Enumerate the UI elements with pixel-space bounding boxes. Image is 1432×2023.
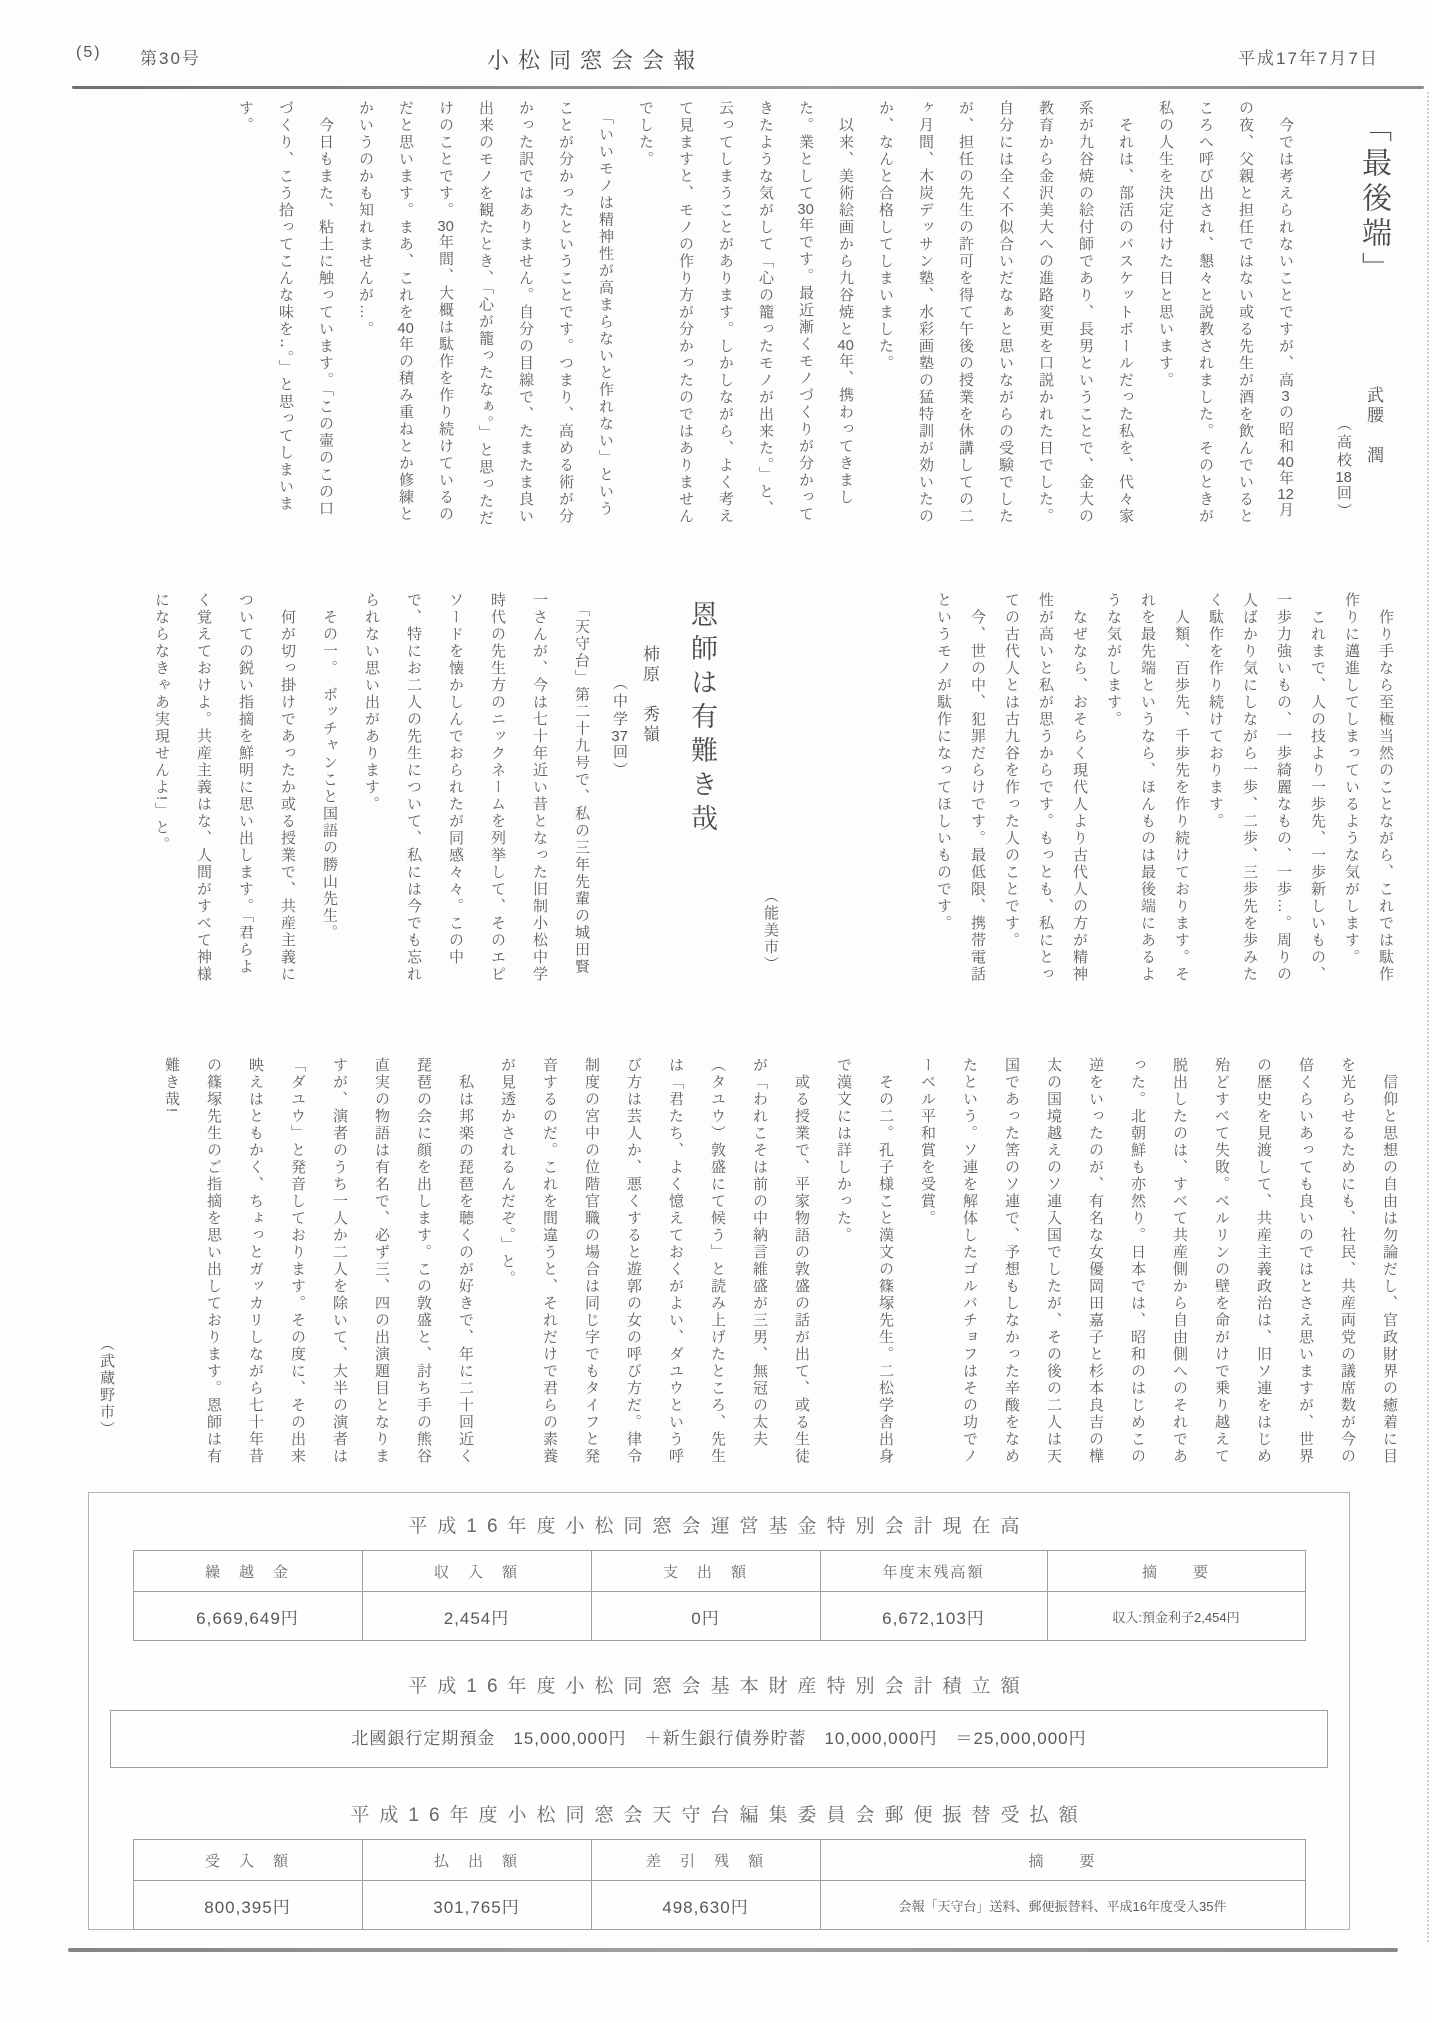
article1-author-name: 武腰 潤 [1358, 386, 1388, 521]
article1-body-continued: 作り手なら至極当然のことながら、これでは駄作作りに邁進してしまっているような気が… [926, 592, 1402, 990]
accounts-section: 平成16年度小松同窓会運営基金特別会計現在高 繰 越 金 収 入 額 支 出 額… [88, 1492, 1350, 1930]
fund-table-title: 平成16年度小松同窓会運営基金特別会計現在高 [89, 1511, 1349, 1538]
postal-table-header-row: 受 入 額 払 出 額 差 引 残 額 摘 要 [133, 1840, 1305, 1881]
fund-header-yearend-balance: 年度末残高額 [820, 1551, 1047, 1592]
fund-value-expense: 0円 [591, 1592, 820, 1641]
issue-number: 第30号 [140, 44, 201, 69]
fund-header-expense: 支 出 額 [591, 1551, 820, 1592]
asset-table-row: 北國銀行定期預金 15,000,000円 ＋新生銀行債券貯蓄 10,000,00… [110, 1710, 1328, 1768]
postal-value-balance: 498,630円 [591, 1881, 820, 1930]
postal-value-remarks: 会報「天守台」送料、郵便振替料、平成16年度受入35件 [820, 1881, 1305, 1930]
postal-value-received: 800,395円 [133, 1881, 362, 1930]
article2-title: 恩師は有難き哉 [683, 600, 722, 838]
postal-header-balance: 差 引 残 額 [591, 1840, 820, 1881]
article2-author-name: 柿原 秀嶺 [634, 645, 664, 780]
article1-author-class: （高校18回） [1328, 386, 1358, 521]
article2-body-continued: 信仰と思想の自由は勿論だし、官政財界の癒着に目を光らせるためにも、社民、共産両党… [150, 1057, 1410, 1471]
fund-value-carryover: 6,669,649円 [133, 1592, 362, 1641]
postal-value-paid: 301,765円 [362, 1881, 591, 1930]
page-right-edge-line [1427, 92, 1429, 1942]
postal-header-remarks: 摘 要 [820, 1840, 1305, 1881]
fund-header-remarks: 摘 要 [1047, 1551, 1305, 1592]
article1-body-top: 今では考えられないことですが、高3の昭和40年12月の夜、父親と担任ではない或る… [225, 100, 1305, 532]
page-bottom-rule [68, 1948, 1398, 1952]
fund-header-carryover: 繰 越 金 [133, 1551, 362, 1592]
fund-value-remarks: 収入:預金利子2,454円 [1047, 1592, 1305, 1641]
article2-author: 柿原 秀嶺 （中学37回） [604, 645, 664, 780]
postal-header-paid: 払 出 額 [362, 1840, 591, 1881]
postal-table: 受 入 額 払 出 額 差 引 残 額 摘 要 800,395円 301,765… [133, 1839, 1306, 1930]
postal-table-title: 平成16年度小松同窓会天守台編集委員会郵便振替受払額 [89, 1800, 1349, 1827]
header-divider [72, 86, 1424, 89]
fund-table-value-row: 6,669,649円 2,454円 0円 6,672,103円 収入:預金利子2… [133, 1592, 1305, 1641]
fund-table-header-row: 繰 越 金 収 入 額 支 出 額 年度末残高額 摘 要 [133, 1551, 1305, 1592]
page-number: (5) [76, 44, 102, 62]
asset-table-title: 平成16年度小松同窓会基本財産特別会計積立額 [89, 1671, 1349, 1698]
article1-title: 「最後端」 [1351, 112, 1395, 287]
issue-date: 平成17年7月7日 [1238, 44, 1379, 69]
postal-table-value-row: 800,395円 301,765円 498,630円 会報「天守台」送料、郵便振… [133, 1881, 1305, 1930]
postal-header-received: 受 入 額 [133, 1840, 362, 1881]
article2-signature: （武蔵野市） [96, 1336, 117, 1438]
article2-author-class: （中学37回） [604, 645, 634, 780]
article1-author: 武腰 潤 （高校18回） [1328, 386, 1388, 521]
article2-body-top: 「天守台」第二十九号で、私の三年先輩の城田賢一さんが、今は七十年近い昔となった旧… [140, 592, 602, 990]
fund-table: 繰 越 金 収 入 額 支 出 額 年度末残高額 摘 要 6,669,649円 … [133, 1550, 1306, 1641]
fund-header-income: 収 入 額 [362, 1551, 591, 1592]
fund-value-income: 2,454円 [362, 1592, 591, 1641]
article1-signature: （能美市） [760, 888, 781, 973]
fund-value-yearend-balance: 6,672,103円 [820, 1592, 1047, 1641]
newsletter-title: 小松同窓会会報 [487, 44, 704, 75]
